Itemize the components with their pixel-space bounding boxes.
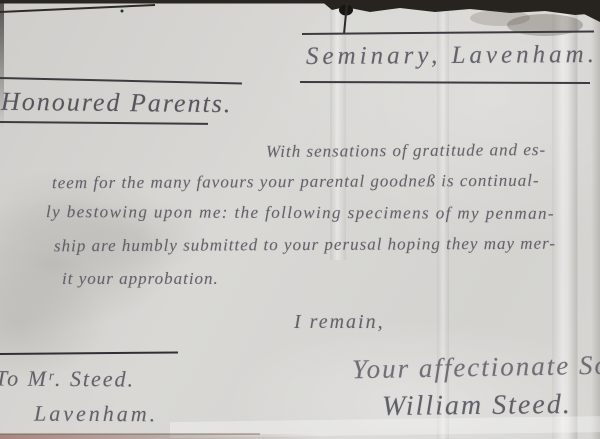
address-rule <box>0 351 178 355</box>
body-line-1: With sensations of gratitude and es- <box>266 140 546 162</box>
salutation-rule-bottom <box>0 121 208 124</box>
salutation-rule-top <box>0 77 242 84</box>
body-line-4: ship are humbly submitted to your perusa… <box>54 234 556 257</box>
body-line-3: ly bestowing upon me: the following spec… <box>46 202 555 224</box>
body-line-5: it your approbation. <box>62 269 219 289</box>
handwritten-letter-scan: Seminary, Lavenham. Honoured Parents. Wi… <box>0 0 600 439</box>
letterhead-rule-bottom <box>300 81 590 84</box>
signature-name: William Steed. <box>382 389 572 423</box>
address-line-1: To Mʳ. Steed. <box>0 366 135 393</box>
signature-line: Your affectionate So <box>352 350 600 385</box>
salutation: Honoured Parents. <box>1 87 233 119</box>
address-line-2: Lavenham. <box>34 401 158 428</box>
letterhead: Seminary, Lavenham. <box>306 41 598 71</box>
body-line-2: teem for the many favours your parental … <box>52 171 540 194</box>
valediction: I remain, <box>294 311 385 334</box>
scan-bottom-edge <box>0 434 320 439</box>
